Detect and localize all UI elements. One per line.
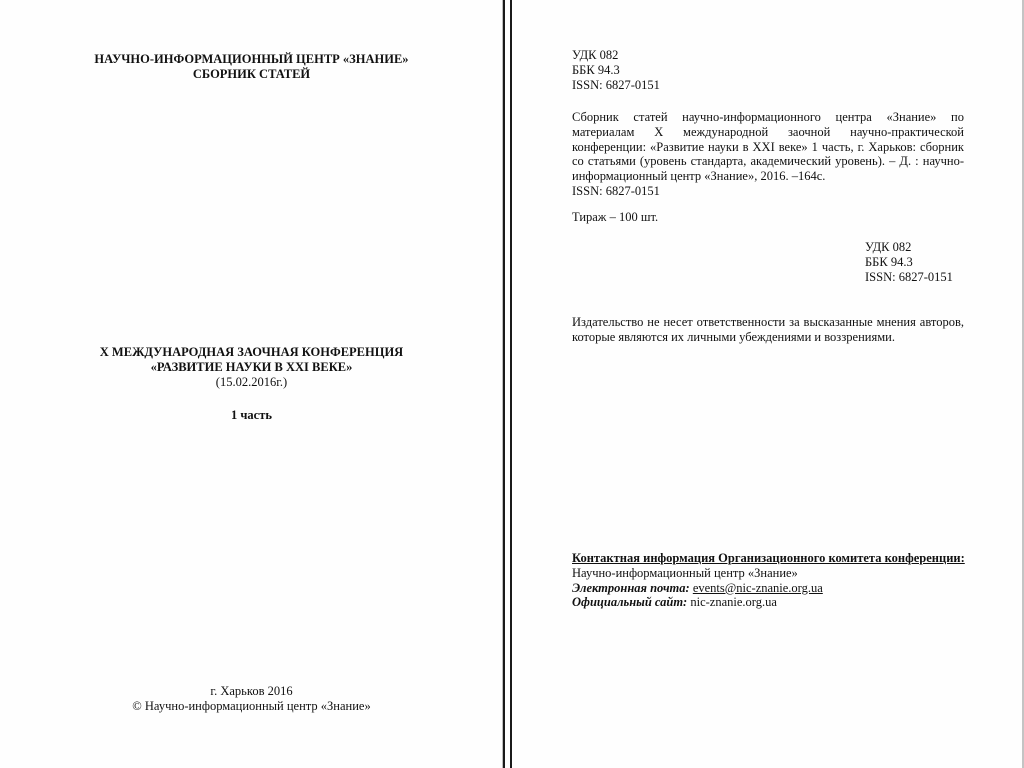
contact-organization: Научно-информационный центр «Знание» (572, 566, 964, 581)
site-link[interactable]: nic-znanie.org.ua (690, 595, 777, 609)
print-run: Тираж – 100 шт. (572, 210, 964, 225)
bbk-code: ББК 94.3 (865, 255, 985, 270)
conference-block: X МЕЖДУНАРОДНАЯ ЗАОЧНАЯ КОНФЕРЕНЦИЯ «РАЗ… (0, 345, 503, 390)
issn-code: ISSN: 6827-0151 (865, 270, 985, 285)
part-label: 1 часть (0, 408, 503, 423)
copyright-notice: © Научно-информационный центр «Знание» (0, 699, 503, 714)
email-link[interactable]: events@nic-znanie.org.ua (693, 581, 823, 595)
classification-codes: УДК 082 ББК 94.3 ISSN: 6827-0151 (572, 48, 964, 92)
city-year: г. Харьков 2016 (0, 684, 503, 699)
organization-name: НАУЧНО-ИНФОРМАЦИОННЫЙ ЦЕНТР «ЗНАНИЕ» (0, 52, 503, 67)
udk-code: УДК 082 (865, 240, 985, 255)
title-footer: г. Харьков 2016 © Научно-информационный … (0, 684, 503, 714)
bbk-code: ББК 94.3 (572, 63, 964, 78)
contact-email-row: Электронная почта: events@nic-znanie.org… (572, 581, 964, 596)
title-header: НАУЧНО-ИНФОРМАЦИОННЫЙ ЦЕНТР «ЗНАНИЕ» СБО… (0, 52, 503, 82)
classification-codes-right: УДК 082 ББК 94.3 ISSN: 6827-0151 (865, 240, 985, 284)
page-divider-right (510, 0, 512, 768)
conference-title: X МЕЖДУНАРОДНАЯ ЗАОЧНАЯ КОНФЕРЕНЦИЯ (0, 345, 503, 360)
contact-site-row: Официальный сайт: nic-znanie.org.ua (572, 595, 964, 610)
udk-code: УДК 082 (572, 48, 964, 63)
bibliographic-abstract: Сборник статей научно-информационного це… (572, 110, 964, 199)
conference-date: (15.02.2016г.) (0, 375, 503, 390)
collection-subtitle: СБОРНИК СТАТЕЙ (0, 67, 503, 82)
publisher-disclaimer: Издательство не несет ответственности за… (572, 315, 964, 345)
page-divider-left (503, 0, 505, 768)
site-label: Официальный сайт: (572, 595, 687, 609)
abstract-issn: ISSN: 6827-0151 (572, 184, 964, 199)
issn-code: ISSN: 6827-0151 (572, 78, 964, 93)
email-label: Электронная почта: (572, 581, 690, 595)
contact-heading: Контактная информация Организационного к… (572, 551, 964, 566)
abstract-text: Сборник статей научно-информационного це… (572, 110, 964, 183)
conference-theme: «РАЗВИТИЕ НАУКИ В XXI ВЕКЕ» (0, 360, 503, 375)
title-page: НАУЧНО-ИНФОРМАЦИОННЫЙ ЦЕНТР «ЗНАНИЕ» СБО… (0, 0, 503, 768)
contact-info: Контактная информация Организационного к… (572, 551, 964, 610)
